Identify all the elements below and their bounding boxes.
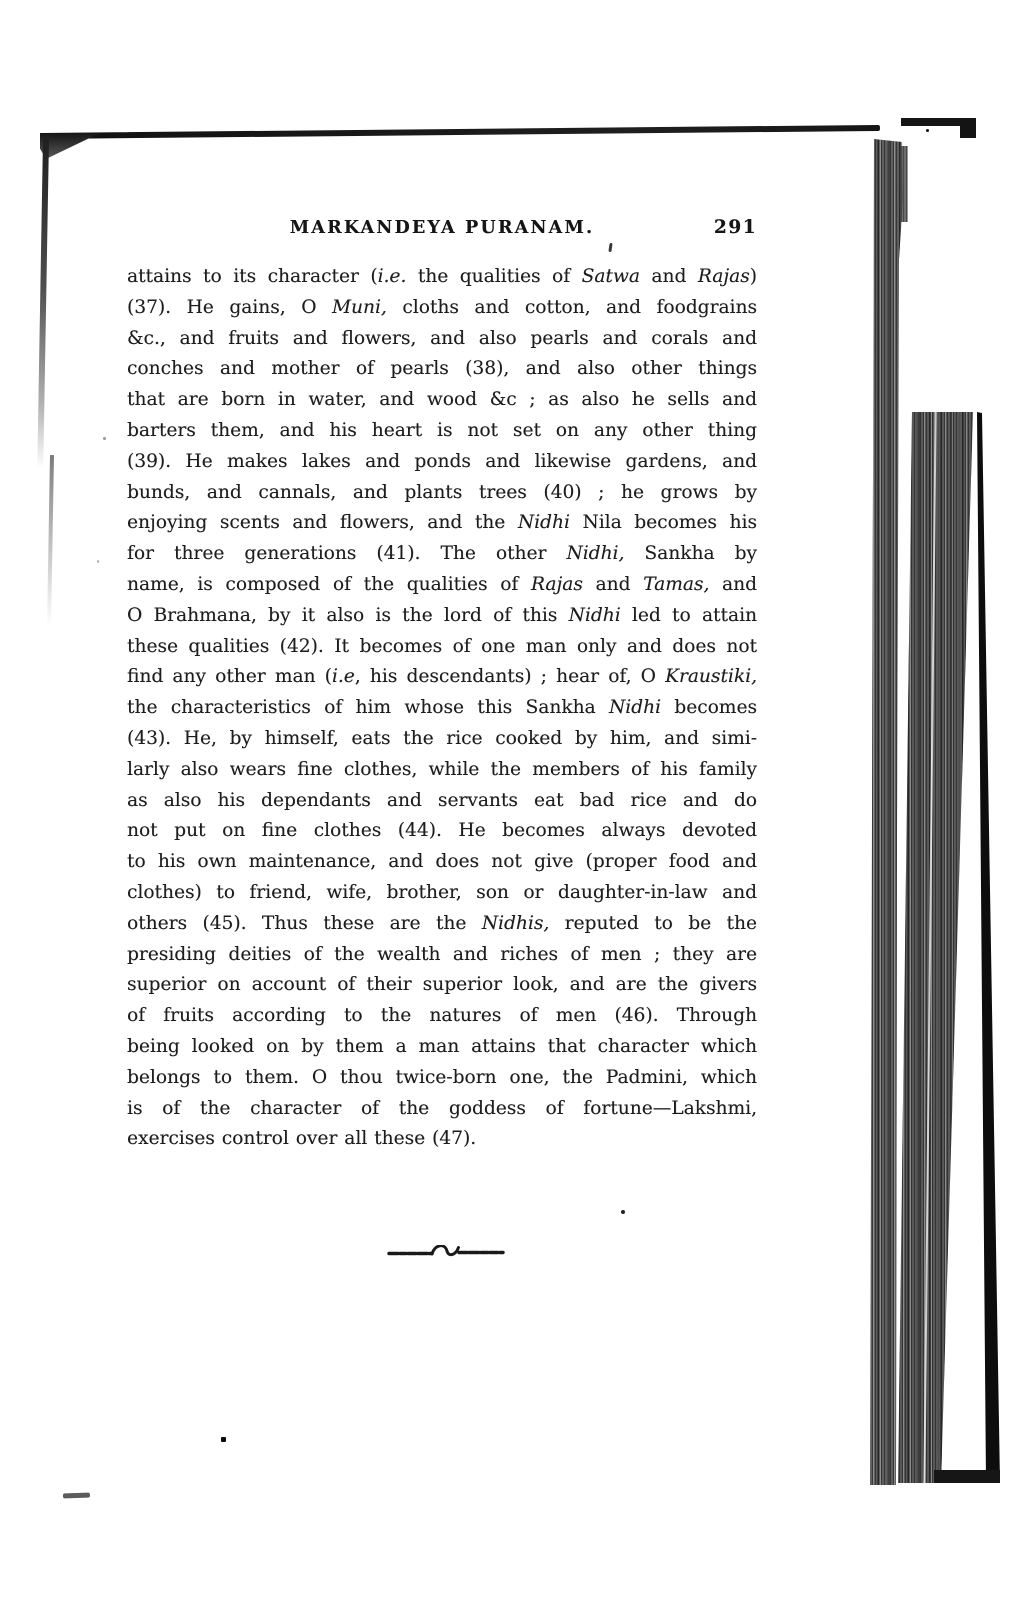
text-line: of fruits according to the natures of me… bbox=[127, 1001, 757, 1032]
scan-speck bbox=[103, 437, 106, 440]
text-line: conches and mother of pearls (38), and a… bbox=[127, 354, 757, 385]
text-line: others (45). Thus these are the Nidhis, … bbox=[127, 909, 757, 940]
text-line: attains to its character (i.e. the quali… bbox=[127, 262, 757, 293]
text-line: is of the character of the goddess of fo… bbox=[127, 1094, 757, 1125]
page-top-left-corner-shadow bbox=[40, 133, 100, 159]
text-line: for three generations (41). The other Ni… bbox=[127, 539, 757, 570]
page-title: MARKANDEYA PURANAM. bbox=[127, 218, 757, 238]
page-header: MARKANDEYA PURANAM. 291 bbox=[127, 218, 757, 246]
text-line: &c., and fruits and flowers, and also pe… bbox=[127, 324, 757, 355]
book-page-stack-outer-band bbox=[896, 412, 976, 1483]
adjacent-page-top-edge bbox=[901, 118, 976, 126]
text-line: being looked on by them a man attains th… bbox=[127, 1032, 757, 1063]
text-line: the characteristics of him whose this Sa… bbox=[127, 693, 757, 724]
text-line: to his own maintenance, and does not giv… bbox=[127, 847, 757, 878]
book-stack-bottom-shadow bbox=[934, 1470, 1000, 1483]
scan-speck bbox=[97, 560, 99, 563]
adjacent-page-corner bbox=[960, 118, 976, 138]
page-left-edge-shadow bbox=[37, 138, 49, 468]
text-line: not put on fine clothes (44). He becomes… bbox=[127, 816, 757, 847]
book-page-stack-inner-band bbox=[866, 139, 908, 1485]
text-line: larly also wears fine clothes, while the… bbox=[127, 755, 757, 786]
book-cover-edge-line bbox=[975, 412, 1001, 1483]
text-line: superior on account of their superior lo… bbox=[127, 970, 757, 1001]
page-stack-highlight-streak bbox=[923, 412, 936, 1483]
text-line: exercises control over all these (47). bbox=[127, 1124, 757, 1155]
text-line: these qualities (42). It becomes of one … bbox=[127, 632, 757, 663]
text-line: (37). He gains, O Muni, cloths and cotto… bbox=[127, 293, 757, 324]
scan-speck bbox=[221, 1437, 226, 1442]
text-line: bunds, and cannals, and plants trees (40… bbox=[127, 478, 757, 509]
scanned-book-page: MARKANDEYA PURANAM. 291 attains to its c… bbox=[0, 0, 1035, 1600]
scan-speck bbox=[926, 129, 929, 132]
body-text: attains to its character (i.e. the quali… bbox=[127, 262, 757, 1155]
text-line: clothes) to friend, wife, brother, son o… bbox=[127, 878, 757, 909]
text-line: as also his dependants and servants eat … bbox=[127, 786, 757, 817]
squiggle-rule-divider-icon bbox=[387, 1245, 505, 1259]
page-number: 291 bbox=[714, 217, 757, 238]
text-line: that are born in water, and wood &c ; as… bbox=[127, 385, 757, 416]
page-top-edge-shadow bbox=[40, 125, 880, 139]
text-line: find any other man (i.e, his descendants… bbox=[127, 662, 757, 693]
page-left-edge-fade bbox=[47, 455, 54, 625]
text-line: O Brahmana, by it also is the lord of th… bbox=[127, 601, 757, 632]
text-line: barters them, and his heart is not set o… bbox=[127, 416, 757, 447]
book-page-stack-notch bbox=[900, 146, 908, 222]
text-line: enjoying scents and flowers, and the Nid… bbox=[127, 508, 757, 539]
text-line: (39). He makes lakes and ponds and likew… bbox=[127, 447, 757, 478]
scan-speck bbox=[621, 1210, 625, 1214]
text-line: belongs to them. O thou twice-born one, … bbox=[127, 1063, 757, 1094]
text-line: (43). He, by himself, eats the rice cook… bbox=[127, 724, 757, 755]
scan-smudge bbox=[63, 1493, 90, 1499]
text-line: presiding deities of the wealth and rich… bbox=[127, 940, 757, 971]
text-line: name, is composed of the qualities of Ra… bbox=[127, 570, 757, 601]
